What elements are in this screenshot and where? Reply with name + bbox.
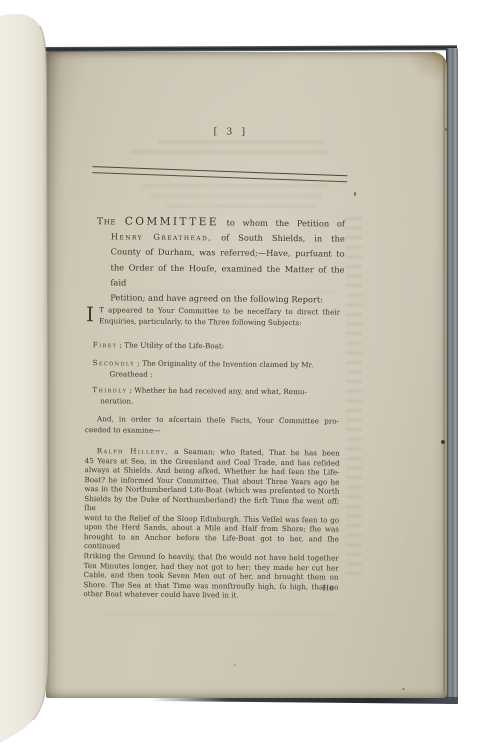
- text-line: Shields by the Duke of Northumberland) t…: [84, 494, 339, 516]
- text-segment: Henry Greathead,: [111, 232, 213, 243]
- text-segment: And, in order to aſcertain theſe Facts, …: [97, 414, 339, 425]
- text-segment: ; The Utility of the Life-Boat:: [117, 340, 224, 350]
- heading-paragraph: The COMMITTEE to whom the Petition ofHen…: [110, 213, 345, 307]
- text-segment: ; Whether he had received any, and what,…: [127, 386, 307, 397]
- text-segment: of South Shields, in the: [212, 233, 345, 244]
- text-segment: Greathead :: [109, 369, 152, 378]
- text-segment: the Order of the Houſe, examined the Mat…: [110, 262, 344, 287]
- text-segment: Ralph Hillery,: [97, 446, 169, 456]
- text-segment: Secondly: [93, 358, 135, 367]
- text-line: First ; The Utility of the Life-Boat:: [93, 339, 343, 352]
- book-photo: [ 3 ] The COMMITTEE to whom the Petition…: [0, 0, 500, 745]
- subject-thirdly: Thirdly ; Whether he had received any, a…: [92, 384, 342, 408]
- text-segment: brought to an Anchor before the Life-Boa…: [84, 532, 339, 551]
- text-segment: to whom the Petition of: [219, 217, 345, 228]
- double-rule: [92, 166, 347, 182]
- previous-leaf: [0, 0, 60, 745]
- intro-lines: T appeared to Your Committee to be neceſ…: [86, 304, 340, 329]
- text-line: the Order of the Houſe, examined the Mat…: [110, 260, 344, 293]
- book-page: [ 3 ] The COMMITTEE to whom the Petition…: [46, 52, 447, 698]
- catchword: He: [322, 583, 333, 592]
- text-segment: Petition; and have agreed on the followi…: [110, 292, 323, 304]
- text-segment: Enquiries, particularly, to the Three fo…: [99, 316, 302, 327]
- page-number: [ 3 ]: [191, 126, 271, 138]
- intro-paragraph: I T appeared to Your Committee to be nec…: [86, 304, 340, 329]
- text-segment: ; The Originality of the Invention claim…: [135, 359, 314, 370]
- text-segment: County of Durham, was referred;—Have, pu…: [111, 247, 345, 259]
- book-board-right-edge: [446, 48, 458, 704]
- book-board-top-edge: [44, 45, 457, 52]
- testimony-paragraph: Ralph Hillery, a Seaman; who ſtated, Tha…: [83, 446, 339, 601]
- proceed-paragraph: And, in order to aſcertain theſe Facts, …: [85, 414, 339, 438]
- text-line: brought to an Anchor before the Life-Boa…: [84, 532, 339, 554]
- text-segment: Shields by the Duke of Northumberland) t…: [84, 494, 339, 513]
- text-segment: First: [93, 340, 118, 349]
- text-segment: Thirdly: [92, 385, 127, 394]
- text-segment: ceeded to examine—: [85, 425, 161, 435]
- drop-initial: I: [86, 305, 99, 324]
- subject-first: First ; The Utility of the Life-Boat:: [93, 339, 343, 352]
- text-segment: neration.: [100, 396, 133, 405]
- subject-secondly: Secondly ; The Originality of the Invent…: [92, 357, 342, 381]
- text-segment: COMMITTEE: [125, 214, 219, 228]
- text-line: County of Durham, was referred;—Have, pu…: [111, 245, 345, 262]
- text-segment: other Boat whatever could have lived in …: [83, 589, 238, 599]
- text-segment: The: [97, 216, 125, 227]
- printed-text: [ 3 ] The COMMITTEE to whom the Petition…: [40, 52, 447, 702]
- text-line: Enquiries, particularly, to the Three fo…: [86, 315, 340, 329]
